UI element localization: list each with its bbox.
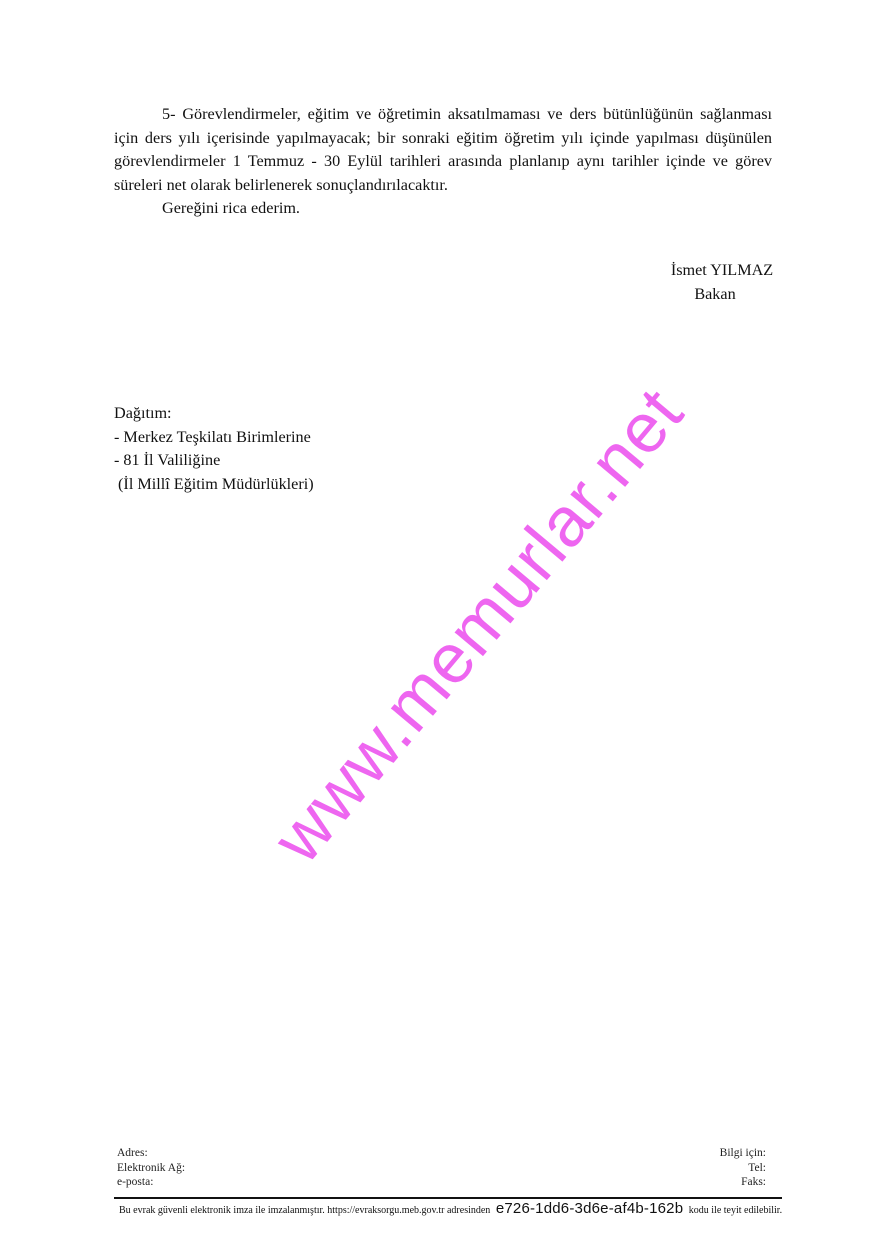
footer-info-label: Bilgi için: [720,1146,766,1161]
distribution-item: - 81 İl Valiliğine [114,449,314,473]
footer-network-label: Elektronik Ağ: [117,1161,185,1176]
signature-block: İsmet YILMAZ Bakan [640,259,790,306]
watermark: www.memurlar.net [257,373,699,878]
distribution-heading: Dağıtım: [114,402,314,426]
footer-address-label: Adres: [117,1146,185,1161]
verification-prefix: Bu evrak güvenli elektronik imza ile imz… [119,1205,490,1216]
document-page: 5- Görevlendirmeler, eğitim ve öğretimin… [0,0,880,1245]
distribution-list: Dağıtım: - Merkez Teşkilatı Birimlerine … [114,402,314,496]
paragraph-5: 5- Görevlendirmeler, eğitim ve öğretimin… [114,103,772,197]
distribution-item: - Merkez Teşkilatı Birimlerine [114,426,314,450]
document-body: 5- Görevlendirmeler, eğitim ve öğretimin… [114,103,772,221]
footer-fax-label: Faks: [720,1175,766,1190]
signatory-name: İsmet YILMAZ [640,259,790,283]
footer-divider [114,1197,782,1199]
distribution-item: (İl Millî Eğitim Müdürlükleri) [114,473,314,497]
footer-contact-left: Adres: Elektronik Ağ: e-posta: [117,1146,185,1190]
verification-suffix: kodu ile teyit edilebilir. [689,1205,782,1216]
verification-code: e726-1dd6-3d6e-af4b-162b [496,1200,683,1217]
footer-tel-label: Tel: [720,1161,766,1176]
verification-line: Bu evrak güvenli elektronik imza ile imz… [119,1201,782,1219]
footer-email-label: e-posta: [117,1175,185,1190]
signatory-title: Bakan [640,283,790,307]
closing-line: Gereğini rica ederim. [114,197,772,221]
footer-contact-right: Bilgi için: Tel: Faks: [720,1146,766,1190]
